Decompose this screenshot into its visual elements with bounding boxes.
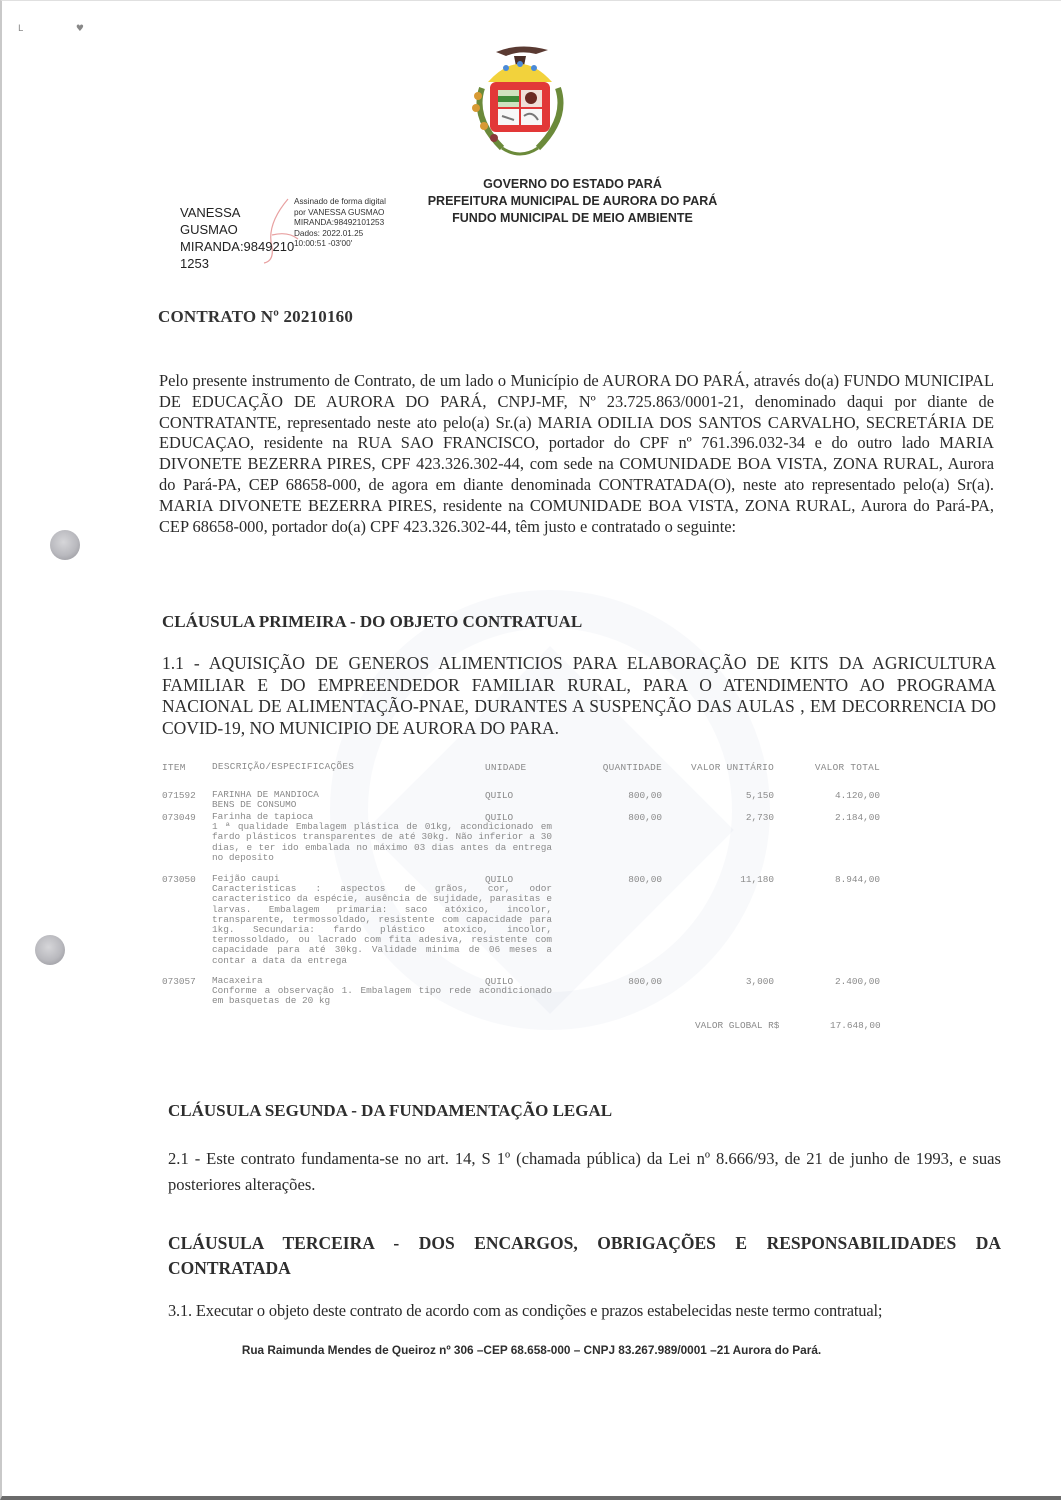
- header-unit: UNIDADE: [485, 762, 526, 773]
- signature-meta-line: Assinado de forma digital: [294, 197, 386, 208]
- item-unit-value: 3,000: [680, 976, 774, 987]
- item-code: 073049: [162, 812, 196, 823]
- signature-name-line: MIRANDA:9849210: [180, 238, 300, 255]
- item-specification: 1 ª qualidade Embalagem plástica de 01kg…: [212, 822, 552, 863]
- header-quantity: QUANTIDADE: [600, 762, 662, 773]
- item-code: 073057: [162, 976, 196, 987]
- item-total-value: 4.120,00: [790, 790, 880, 801]
- item-code: 071592: [162, 790, 196, 801]
- scan-mark: ♥: [76, 24, 84, 34]
- table-body: 071592FARINHA DE MANDIOCABENS DE CONSUMO…: [160, 790, 890, 1016]
- item-quantity: 800,00: [600, 874, 662, 885]
- punch-hole-icon: [50, 530, 80, 560]
- signature-meta-line: MIRANDA:98492101253: [294, 218, 386, 229]
- item-unit: QUILO: [485, 812, 513, 823]
- item-total-value: 2.400,00: [790, 976, 880, 987]
- item-unit: QUILO: [485, 874, 513, 885]
- signature-name-line: 1253: [180, 255, 300, 272]
- item-specification: Conforme a observação 1. Embalagem tipo …: [212, 986, 552, 1006]
- scan-marks: L ♥: [18, 24, 134, 34]
- digital-signature-name: VANESSA GUSMAO MIRANDA:9849210 1253: [180, 204, 300, 272]
- items-table: ITEM DESCRIÇÃO/ESPECIFICAÇÕES UNIDADE QU…: [160, 762, 890, 1016]
- global-value-amount: 17.648,00: [830, 1020, 881, 1031]
- item-unit-value: 5,150: [680, 790, 774, 801]
- item-code: 073050: [162, 874, 196, 885]
- item-specification: BENS DE CONSUMO: [212, 800, 600, 810]
- clause-1-text: 1.1 - AQUISIÇÃO DE GENEROS ALIMENTICIOS …: [162, 653, 996, 739]
- signature-meta-line: 10:00:51 -03'00': [294, 239, 386, 250]
- digital-signature-details: Assinado de forma digital por VANESSA GU…: [294, 197, 386, 250]
- clause-1-title: CLÁUSULA PRIMEIRA - DO OBJETO CONTRATUAL: [162, 612, 582, 632]
- signature-meta-line: Dados: 2022.01.25: [294, 229, 386, 240]
- item-unit-value: 2,730: [680, 812, 774, 823]
- coat-of-arms-icon: [462, 38, 578, 162]
- punch-hole-icon: [35, 935, 65, 965]
- table-row: 071592FARINHA DE MANDIOCABENS DE CONSUMO…: [160, 790, 890, 812]
- contract-title: CONTRATO Nº 20210160: [158, 307, 353, 327]
- clause-2-text: 2.1 - Este contrato fundamenta-se no art…: [168, 1146, 1001, 1198]
- table-row: 073057MacaxeiraConforme a observação 1. …: [160, 976, 890, 1016]
- item-quantity: 800,00: [600, 790, 662, 801]
- item-quantity: 800,00: [600, 812, 662, 823]
- item-unit-value: 11,180: [680, 874, 774, 885]
- table-header-row: ITEM DESCRIÇÃO/ESPECIFICAÇÕES UNIDADE QU…: [160, 762, 890, 790]
- government-header: GOVERNO DO ESTADO PARÁ PREFEITURA MUNICI…: [400, 176, 745, 227]
- header-line-prefecture: PREFEITURA MUNICIPAL DE AURORA DO PARÁ: [400, 193, 745, 210]
- header-line-fund: FUNDO MUNICIPAL DE MEIO AMBIENTE: [400, 210, 745, 227]
- global-value-row: VALOR GLOBAL R$ 17.648,00: [695, 1020, 779, 1031]
- header-unit-value: VALOR UNITÁRIO: [680, 762, 774, 773]
- item-total-value: 8.944,00: [790, 874, 880, 885]
- clause-3-text: 3.1. Executar o objeto deste contrato de…: [168, 1301, 882, 1321]
- item-quantity: 800,00: [600, 976, 662, 987]
- item-unit: QUILO: [485, 790, 513, 801]
- header-total-value: VALOR TOTAL: [790, 762, 880, 773]
- table-row: 073050Feijão caupiCaracteristicas : aspe…: [160, 874, 890, 976]
- clause-3-title: CLÁUSULA TERCEIRA - DOS ENCARGOS, OBRIGA…: [168, 1231, 1001, 1281]
- header-description: DESCRIÇÃO/ESPECIFICAÇÕES: [212, 762, 600, 772]
- item-description: FARINHA DE MANDIOCABENS DE CONSUMO: [212, 790, 600, 810]
- item-description: Farinha de tapioca1 ª qualidade Embalage…: [212, 812, 600, 863]
- table-row: 073049Farinha de tapioca1 ª qualidade Em…: [160, 812, 890, 874]
- intro-paragraph: Pelo presente instrumento de Contrato, d…: [159, 371, 994, 537]
- item-total-value: 2.184,00: [790, 812, 880, 823]
- signature-name-line: VANESSA GUSMAO: [180, 204, 300, 238]
- item-specification: Caracteristicas : aspectos de grãos, cor…: [212, 884, 552, 966]
- item-description: MacaxeiraConforme a observação 1. Embala…: [212, 976, 600, 1007]
- footer-address: Rua Raimunda Mendes de Queiroz nº 306 –C…: [0, 1343, 1063, 1357]
- item-description: Feijão caupiCaracteristicas : aspectos d…: [212, 874, 600, 966]
- clause-2-title: CLÁUSULA SEGUNDA - DA FUNDAMENTAÇÃO LEGA…: [168, 1101, 612, 1121]
- scan-mark: L: [18, 24, 23, 34]
- global-value-label: VALOR GLOBAL R$: [695, 1020, 779, 1031]
- header-line-state: GOVERNO DO ESTADO PARÁ: [400, 176, 745, 193]
- signature-meta-line: por VANESSA GUSMAO: [294, 208, 386, 219]
- item-unit: QUILO: [485, 976, 513, 987]
- header-item: ITEM: [162, 762, 186, 773]
